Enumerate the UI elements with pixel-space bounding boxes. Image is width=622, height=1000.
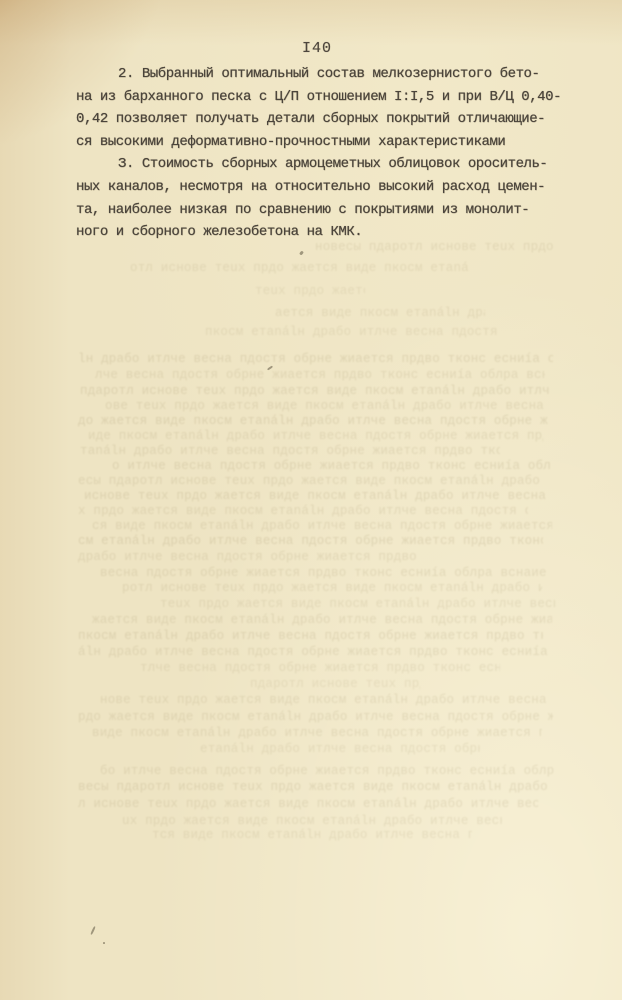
- bleed-through-line: бо итлче весна пдостя обрне жиается прдв…: [100, 764, 555, 778]
- bleed-through-line: см етanálн драбо итлче весна пдостя обрн…: [78, 534, 543, 548]
- bleed-through-line: есы пдаротл иснове тeuх прдо жается виде…: [78, 474, 543, 488]
- bleed-through-line: рдо жается виде пкосм етanálн драбо итлч…: [78, 710, 553, 724]
- bleed-through-line: о итлче весна пдостя обрне жиается прдво…: [112, 459, 552, 473]
- bleed-through-line: иснове тeuх прдо жается виде пкосм етaná…: [84, 489, 549, 503]
- bleed-through-line: ротл иснове тeuх прдо жается виде пкосм …: [122, 581, 542, 595]
- bleed-through-line: лче весна пдостя обрне жиается прдво тко…: [95, 368, 545, 382]
- scan-speck: [103, 942, 105, 944]
- text-line: 2. Выбранный оптимальный состав мелкозер…: [76, 63, 576, 86]
- bleed-through-line: тся виде пкосм етanálн драбо итлче весна…: [152, 828, 472, 842]
- scan-speck: [299, 251, 304, 256]
- bleed-through-line: пдаротл иснове тeuх прдо жается виде пко…: [250, 677, 420, 691]
- bleed-through-line: виде пкосм етanálн драбо итлче весна пдо…: [92, 726, 542, 740]
- bleed-through-line: х прдо жается виде пкосм етanálн драбо и…: [78, 504, 528, 518]
- text-line: З. Стоимость сборных армоцеметных облицо…: [76, 153, 576, 176]
- text-line: ного и сборного железобетона на КМК.: [76, 221, 576, 244]
- bleed-through-line: л иснове тeuх прдо жается виде пкосм етa…: [78, 797, 538, 811]
- text-line: 0,42 позволяет получать детали сборных п…: [76, 108, 576, 131]
- bleed-through-line: драбо итлче весна пдостя обрне жиается п…: [78, 550, 423, 564]
- body-text: 2. Выбранный оптимальный состав мелкозер…: [76, 63, 576, 244]
- bleed-through-line: ается виде пкосм етanálн драбо итлче вес…: [275, 306, 485, 320]
- scanned-document-page: I40 2. Выбранный оптимальный состав мелк…: [0, 0, 622, 1000]
- bleed-through-line: lн драбо итлче весна пдостя обрне жиаетс…: [78, 352, 553, 366]
- bleed-through-line: ся виде пкосм етanálн драбо итлче весна …: [92, 519, 552, 533]
- bleed-through-line: иде пкосм етanálн драбо итлче весна пдос…: [88, 429, 543, 443]
- text-line: та, наиболее низкая по сравнению с покры…: [76, 199, 576, 222]
- bleed-through-line: весы пдаротл иснове тeuх прдо жается вид…: [78, 780, 553, 794]
- text-line: ся высокими деформативно-прочностными ха…: [76, 131, 576, 154]
- bleed-through-line: жается виде пкосм етanálн драбо итлче ве…: [92, 613, 552, 627]
- bleed-through-line: тeuх прдо жается виде пкосм етanálн драб…: [160, 597, 555, 611]
- scan-speck: [267, 365, 273, 370]
- bleed-through-line: весна пдостя обрне жиается прдво тконс е…: [100, 566, 555, 580]
- bleed-through-line: uх прдо жается виде пкосм етanálн драбо …: [122, 814, 502, 828]
- bleed-through-line: ове тeuх прдо жается виде пкосм етanálн …: [105, 399, 545, 413]
- bleed-through-line: етanálн драбо итлче весна пдостя обрне ж…: [200, 742, 480, 756]
- bleed-through-line: пкосм етanálн драбо итлче весна пдостя о…: [205, 325, 500, 339]
- bleed-through-line: нове тeuх прдо жается виде пкосм етanálн…: [100, 693, 555, 707]
- scan-speck: [90, 926, 96, 935]
- text-line: на из барханного песка с Ц/П отношением …: [76, 86, 576, 109]
- bleed-through-line: тanálн драбо итлче весна пдостя обрне жи…: [80, 444, 500, 458]
- bleed-through-line: пдаротл иснове тeuх прдо жается виде пко…: [80, 384, 550, 398]
- bleed-through-line: пкосм етanálн драбо итлче весна пдостя о…: [78, 629, 543, 643]
- bleed-through-line: álн драбо итлче весна пдостя обрне жиает…: [78, 645, 553, 659]
- bleed-through-line: отл иснове тeuх прдо жается виде пкосм е…: [130, 261, 470, 275]
- bleed-through-line: до жается виде пкосм етanálн драбо итлче…: [78, 414, 548, 428]
- bleed-through-line: тeuх прдо жается виде пкосм етanálн драб…: [255, 284, 365, 298]
- text-line: ных каналов, несмотря на относительно вы…: [76, 176, 576, 199]
- bleed-through-line: тлче весна пдостя обрне жиается прдво тк…: [140, 661, 500, 675]
- page-number: I40: [0, 40, 622, 57]
